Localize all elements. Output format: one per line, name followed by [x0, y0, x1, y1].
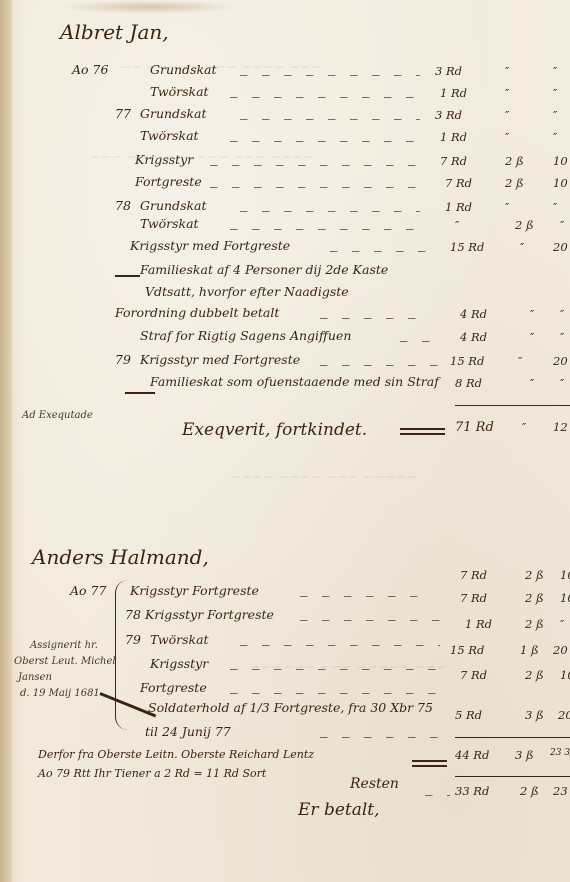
- amount-rd: 3 Rd: [435, 108, 462, 122]
- total-sk: 12: [553, 420, 568, 434]
- leader-dots: [400, 341, 440, 342]
- entry-year: 77: [115, 106, 131, 121]
- margin-note-line: Oberst Leut. Michel: [14, 656, 116, 667]
- amount-rd: 1 Rd: [445, 200, 472, 214]
- amount-mk: ″: [520, 240, 524, 254]
- leader-dots: [300, 620, 440, 621]
- total-mk: ″: [522, 420, 526, 434]
- amount-mk: ″: [505, 108, 509, 122]
- amount-sk: 20: [553, 354, 568, 368]
- amount-sk: 10: [560, 591, 570, 605]
- amount-sk: ″: [560, 218, 564, 232]
- paid-label: Er betalt,: [298, 800, 380, 820]
- amount-sk: 20: [558, 708, 570, 722]
- amount-sk: ″: [553, 108, 557, 122]
- subtotal-mk: 3 ß: [515, 748, 534, 762]
- amount-mk: ″: [518, 354, 522, 368]
- leader-dots: [230, 141, 420, 142]
- entry-text: Vdtsatt, hvorfor efter Naadigste: [145, 284, 349, 299]
- amount-rd: 7 Rd: [460, 591, 487, 605]
- entry-text: Twörskat: [150, 84, 209, 99]
- subtotal-sk: 23 3/4: [550, 748, 570, 758]
- amount-sk: ″: [553, 64, 557, 78]
- total-rd: 71 Rd: [455, 420, 494, 435]
- amount-rd: ″: [455, 218, 459, 232]
- leader-dots: [240, 211, 420, 212]
- amount-sk: ″: [560, 376, 564, 390]
- leader-dots: [240, 645, 440, 646]
- amount-mk: ″: [505, 200, 509, 214]
- deduction-line: Derfor fra Oberste Leitn. Oberste Reicha…: [38, 748, 314, 761]
- rest-label: Resten: [350, 776, 399, 792]
- subtotal-rule: [455, 737, 570, 738]
- leader-dots: [210, 187, 420, 188]
- amount-sk: 10: [553, 154, 568, 168]
- amount-sk: 10: [553, 176, 568, 190]
- entry-text: til 24 Junij 77: [145, 724, 231, 739]
- amount-sk: 20: [553, 643, 568, 657]
- amount-mk: ″: [505, 86, 509, 100]
- flourish-stroke: [125, 392, 155, 394]
- amount-rd: 15 Rd: [450, 354, 484, 368]
- entry-year: 79: [125, 632, 141, 647]
- section1-heading: Albret Jan,: [60, 20, 169, 44]
- subtotal-rd: 44 Rd: [455, 748, 489, 762]
- amount-rd: 4 Rd: [460, 330, 487, 344]
- amount-mk: ″: [505, 64, 509, 78]
- amount-sk: 10: [560, 668, 570, 682]
- entry-text: Fortgreste: [140, 680, 207, 695]
- leader-dots: [320, 318, 420, 319]
- leader-dots: [425, 795, 450, 796]
- amount-sk: ″: [560, 330, 564, 344]
- binding-edge: [0, 0, 12, 882]
- leader-dots: [230, 97, 420, 98]
- amount-mk: 2 ß: [525, 668, 544, 682]
- amount-sk: 20: [553, 240, 568, 254]
- amount-mk: 3 ß: [525, 708, 544, 722]
- amount-mk: 2 ß: [505, 154, 524, 168]
- amount-mk: 2 ß: [525, 591, 544, 605]
- leader-dots: [210, 165, 420, 166]
- entry-text: Soldaterhold af 1/3 Fortgreste, fra 30 X…: [148, 700, 433, 715]
- bleed-through: ~~~~~ ~~~ ~~~~ ~~~~: [230, 470, 417, 485]
- entry-text: Krigsstyr med Fortgreste: [130, 238, 290, 253]
- amount-rd: 5 Rd: [455, 708, 482, 722]
- amount-mk: 2 ß: [505, 176, 524, 190]
- entry-text: Twörskat: [140, 216, 199, 231]
- bleed-through: ~~~ ~~~~~ ~~~ ~~~~~~: [250, 660, 448, 675]
- amount-mk: 2 ß: [515, 218, 534, 232]
- entry-text: Krigsstyr: [150, 656, 208, 671]
- rest-rd: 33 Rd: [455, 784, 489, 798]
- entry-year: 79: [115, 352, 131, 367]
- amount-rd: 3 Rd: [435, 64, 462, 78]
- ledger-page: ~~~ ~~~~ ~~~ ~~~~~ ~~ ~~~~ ~~~ ~~~~~~ ~~…: [0, 0, 570, 882]
- entry-text: Fortgreste: [135, 174, 202, 189]
- amount-sk: 10: [560, 568, 570, 582]
- entry-text: Grundskat: [140, 106, 207, 121]
- entry-text: Twörskat: [150, 632, 209, 647]
- section2-heading: Anders Halmand,: [32, 545, 209, 569]
- amount-mk: 1 ß: [520, 643, 539, 657]
- entry-text: Familieskat som ofuenstaaende med sin St…: [150, 374, 439, 389]
- amount-rd: 7 Rd: [460, 568, 487, 582]
- entry-text: Grundskat: [150, 62, 217, 77]
- entry-text: Familieskat af 4 Personer dij 2de Kaste: [140, 262, 388, 277]
- amount-rd: 1 Rd: [440, 86, 467, 100]
- bleed-through: ~~~~ ~~~ ~~~~~~ ~~~ ~~~: [90, 150, 314, 165]
- amount-rd: 8 Rd: [455, 376, 482, 390]
- leader-dots: [240, 119, 420, 120]
- amount-sk: ″: [553, 86, 557, 100]
- amount-rd: 7 Rd: [440, 154, 467, 168]
- leader-dots: [230, 229, 420, 230]
- entries-brace: [115, 580, 128, 730]
- section1-total-label: Exeqverit, fortkindet.: [182, 420, 367, 440]
- total-rule: [455, 405, 570, 406]
- amount-sk: ″: [553, 130, 557, 144]
- double-rule: [412, 760, 447, 762]
- rest-rule: [455, 776, 570, 777]
- margin-note-line: Jansen: [18, 672, 52, 683]
- amount-rd: 1 Rd: [465, 617, 492, 631]
- entry-year: Ao 77: [70, 583, 106, 598]
- entry-text: Krigsstyr med Fortgreste: [140, 352, 300, 367]
- rest-sk: 23: [553, 784, 568, 798]
- double-rule: [400, 433, 445, 435]
- entry-text: Forordning dubbelt betalt: [115, 305, 279, 320]
- amount-mk: 2 ß: [525, 568, 544, 582]
- double-rule: [412, 765, 447, 767]
- margin-note-line: Assignerit hr.: [30, 640, 98, 651]
- margin-note: Ad Exequtade: [22, 410, 93, 421]
- paper-stain: [60, 0, 240, 14]
- amount-mk: ″: [530, 330, 534, 344]
- entry-text: Krigsstyr Fortgreste: [130, 583, 259, 598]
- entry-text: Grundskat: [140, 198, 207, 213]
- amount-rd: 1 Rd: [440, 130, 467, 144]
- entry-text: Twörskat: [140, 128, 199, 143]
- leader-dots: [330, 251, 440, 252]
- amount-rd: 4 Rd: [460, 307, 487, 321]
- amount-mk: ″: [530, 376, 534, 390]
- amount-rd: 7 Rd: [460, 668, 487, 682]
- leader-dots: [320, 737, 440, 738]
- entry-text: Krigsstyr Fortgreste: [145, 607, 274, 622]
- amount-sk: ″: [560, 307, 564, 321]
- amount-rd: 7 Rd: [445, 176, 472, 190]
- leader-dots: [230, 693, 440, 694]
- margin-note-line: d. 19 Maij 1681: [20, 688, 100, 699]
- amount-sk: ″: [560, 617, 564, 631]
- rest-mk: 2 ß: [520, 784, 539, 798]
- amount-sk: ″: [553, 200, 557, 214]
- entry-year: 78: [125, 607, 141, 622]
- amount-rd: 15 Rd: [450, 240, 484, 254]
- amount-mk: ″: [530, 307, 534, 321]
- amount-mk: 2 ß: [525, 617, 544, 631]
- deduction-line: Ao 79 Rtt Ihr Tiener a 2 Rd = 11 Rd Sort: [38, 767, 266, 780]
- entry-year: 78: [115, 198, 131, 213]
- flourish-stroke: [115, 275, 140, 277]
- double-rule: [400, 428, 445, 430]
- amount-rd: 15 Rd: [450, 643, 484, 657]
- amount-mk: ″: [505, 130, 509, 144]
- leader-dots: [320, 365, 440, 366]
- leader-dots: [240, 75, 420, 76]
- entry-text: Straf for Rigtig Sagens Angiffuen: [140, 328, 351, 343]
- entry-year: Ao 76: [72, 62, 108, 77]
- leader-dots: [230, 669, 440, 670]
- entry-text: Krigsstyr: [135, 152, 193, 167]
- leader-dots: [300, 596, 420, 597]
